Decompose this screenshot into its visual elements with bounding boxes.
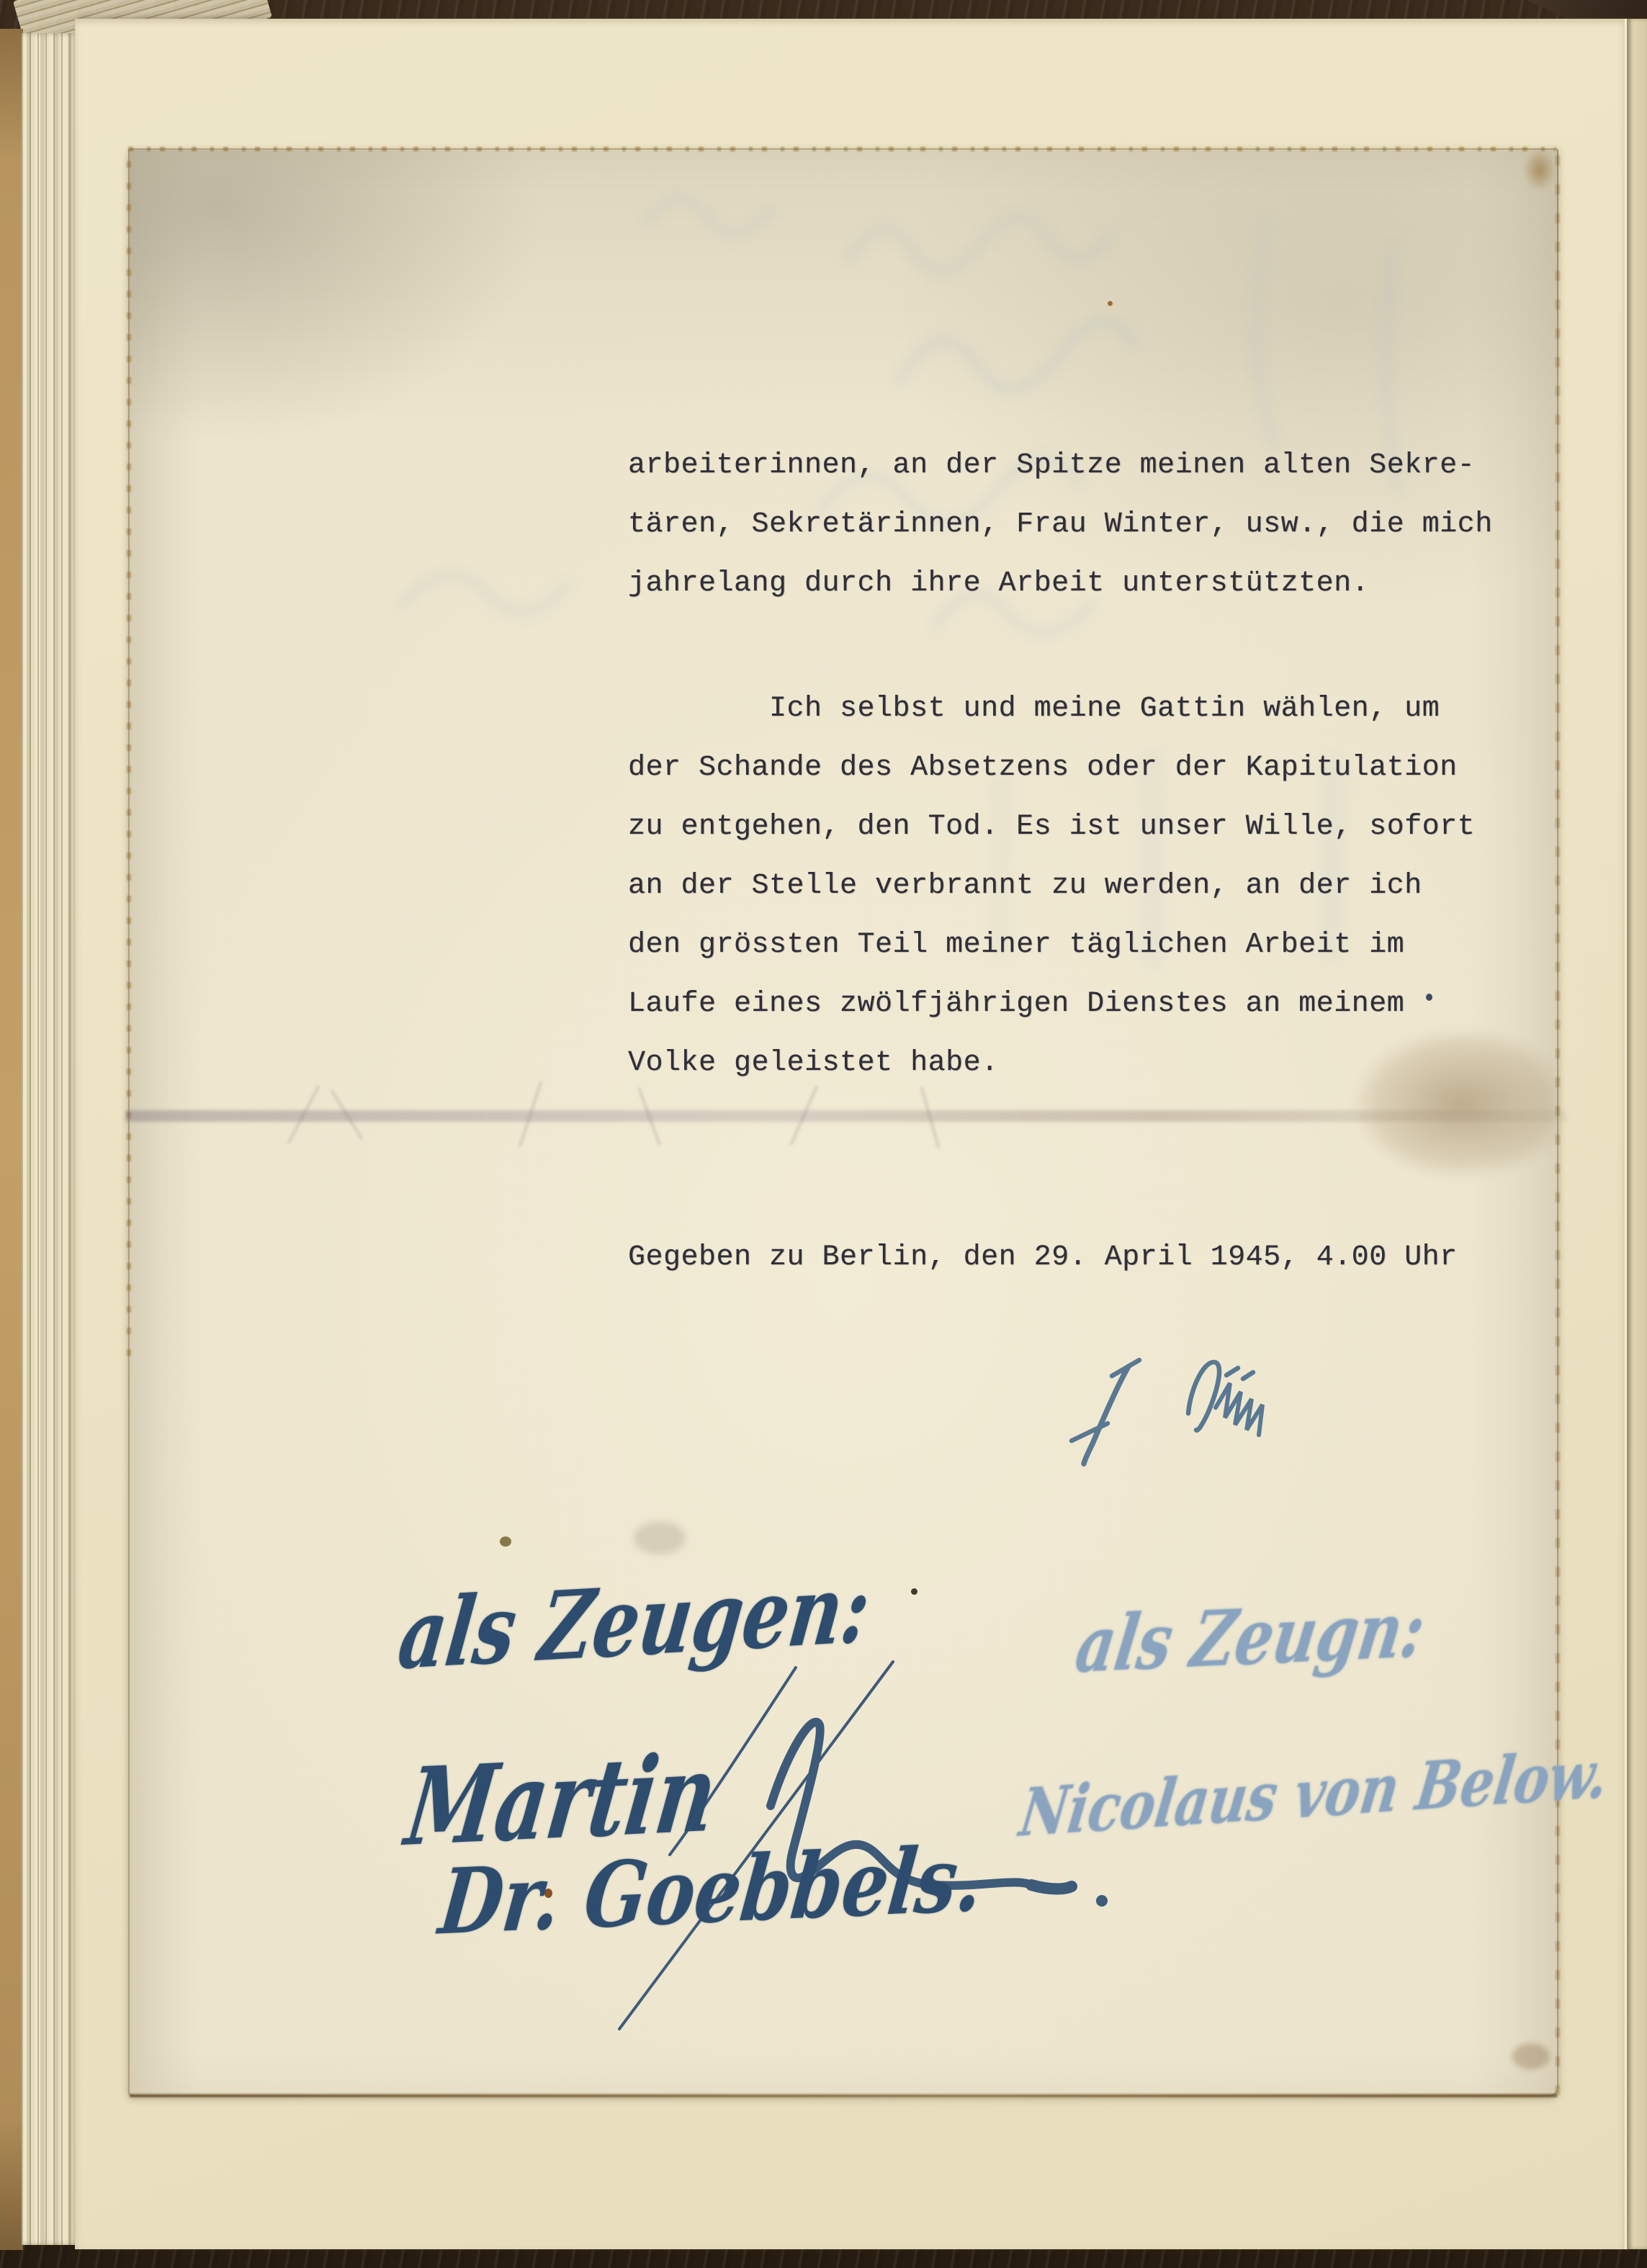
glue-edge-left [127,150,131,1356]
typed-line: arbeiterinnen, an der Spitze meinen alte… [628,436,1475,495]
rust-speck [1108,301,1113,306]
album-page-edge [1627,19,1647,2249]
ink-speck [1426,994,1432,1001]
typed-line: zu entgehen, den Tod. Es ist unser Wille… [628,798,1475,857]
typed-line: jahrelang durch ihre Arbeit unterstützte… [628,554,1369,613]
witness-heading-right: als Zeugn: [1070,1585,1430,1690]
corner-stain [1512,2043,1550,2069]
typed-line: den grössten Teil meiner täglichen Arbei… [628,916,1404,975]
page-stack-edges [22,33,79,2245]
typed-line: Ich selbst und meine Gattin wählen, um [628,680,1440,739]
dark-speck [911,1588,917,1595]
glue-edge-top [128,147,1556,151]
album-cover-inner-edge [0,29,23,2250]
book-spread: { "document": { "paragraph1": { "line0":… [0,0,1647,2268]
typed-line: der Schande des Absetzens oder der Kapit… [628,739,1458,798]
olive-fleck [500,1536,511,1547]
hitler-signature [1051,1349,1311,1493]
typed-line: an der Stelle verbrannt zu werden, an de… [628,857,1422,916]
ink-smudge-stain [1319,1007,1557,1223]
gray-blotch [634,1521,686,1554]
dateline: Gegeben zu Berlin, den 29. April 1945, 4… [628,1228,1458,1287]
document-paper: arbeiterinnen, an der Spitze meinen alte… [128,148,1558,2097]
typed-line: Volke geleistet habe. [628,1034,999,1093]
typed-line: tären, Sekretärinnen, Frau Winter, usw.,… [628,495,1493,554]
glue-stain-corner [1523,148,1556,192]
typed-line: Laufe eines zwölfjährigen Dienstes an me… [628,975,1404,1034]
